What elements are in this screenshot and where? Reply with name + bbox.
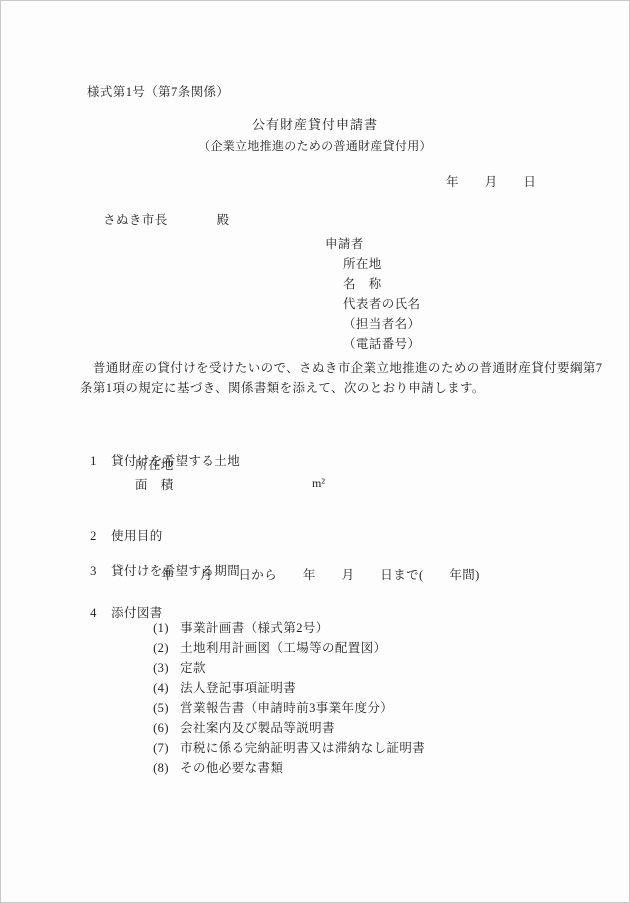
attachment-item: (8)その他必要な書類 (139, 743, 283, 794)
land-area-label: 面 積 (135, 477, 174, 494)
section-1-number: 1 (90, 453, 111, 470)
section-2-number: 2 (90, 528, 111, 545)
section-4-number: 4 (90, 605, 111, 622)
date-line: 年 月 日 (446, 174, 536, 191)
document-title: 公有財産貸付申請書 (1, 116, 629, 133)
section-2-title: 使用目的 (111, 529, 163, 543)
body-paragraph-line-1: 普通財産の貸付けを受けたいので、さぬき市企業立地推進のための普通財産貸付要綱第7 (80, 360, 602, 377)
attachment-8-label: その他必要な書類 (180, 761, 283, 775)
document-subtitle: （企業立地推進のための普通財産貸付用） (1, 138, 629, 155)
applicant-field-contact-person: （担当者名） (343, 316, 420, 333)
land-location-label: 所在地 (135, 457, 174, 474)
applicant-field-name: 名 称 (343, 276, 382, 293)
applicant-field-representative: 代表者の氏名 (343, 296, 420, 313)
addressee: さぬき市長 (103, 213, 168, 227)
addressee-line: さぬき市長殿 (89, 195, 230, 246)
applicant-field-phone: （電話番号） (343, 336, 420, 353)
section-3-number: 3 (90, 563, 111, 580)
form-number: 様式第1号（第7条関係） (87, 84, 229, 101)
applicant-label: 申請者 (325, 236, 364, 253)
section-1-title: 貸付けを希望する土地 (111, 454, 240, 468)
area-unit-label: m² (312, 475, 325, 491)
attachment-8-number: (8) (153, 760, 180, 777)
application-form-page: 様式第1号（第7条関係） 公有財産貸付申請書 （企業立地推進のための普通財産貸付… (0, 0, 630, 903)
honorific-label: 殿 (217, 213, 230, 227)
period-line: 年 月 日から 年 月 日まで( 年間) (161, 567, 480, 584)
applicant-field-location: 所在地 (343, 256, 382, 273)
attachment-2-label: 土地利用計画図（工場等の配置図） (180, 641, 386, 655)
body-paragraph-line-2: 条第1項の規定に基づき、関係書類を添えて、次のとおり申請します。 (80, 380, 485, 397)
